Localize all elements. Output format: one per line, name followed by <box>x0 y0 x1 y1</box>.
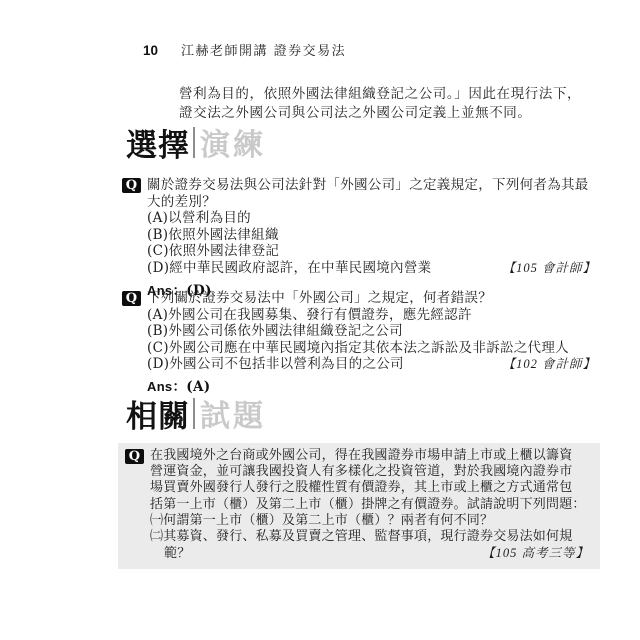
section-title-divider <box>193 398 195 429</box>
question-block-2: Q 下列關於證券交易法中「外國公司」之規定，何者錯誤？ (A)外國公司在我國募集… <box>122 290 596 396</box>
option-b: (B)依照外國法律組織 <box>147 227 596 244</box>
question-text-line: 關於證券交易法與公司法針對「外國公司」之定義規定，下列何者為其最 <box>147 177 589 194</box>
question-text-line: 括第一上市（櫃）及第二上市（櫃）掛牌之有價證券。試請說明下列問題： <box>150 497 589 513</box>
question-icon: Q <box>122 178 141 193</box>
exam-source-tag: 【105 高考三等】 <box>482 545 589 561</box>
option-a: (A)以營利為目的 <box>147 210 596 227</box>
exam-source-tag: 【102 會計師】 <box>503 356 596 373</box>
question-text-line: 營運資金，並可讓我國投資人有多樣化之投資管道，對於我國境內證券市 <box>150 464 589 480</box>
question-block-1: Q 關於證券交易法與公司法針對「外國公司」之定義規定，下列何者為其最 大的差別？… <box>122 177 596 299</box>
page-header: 10 江赫老師開講 證券交易法 <box>143 40 346 59</box>
option-d: (D)外國公司不包括非以營利為目的之公司 <box>147 356 404 373</box>
page-number: 10 <box>143 43 158 58</box>
section-title-choice-practice: 選擇 演練 <box>126 122 266 162</box>
intro-paragraph: 營利為目的，依照外國法律組織登記之公司。」因此在現行法下， 證交法之外國公司與公… <box>179 85 591 123</box>
option-d: (D)經中華民國政府認許，在中華民國境內營業 <box>147 260 431 277</box>
section-title-sub: 演練 <box>200 120 266 164</box>
exam-source-tag: 【105 會計師】 <box>503 260 596 277</box>
sub-question-2: ㈡其募資、發行、私募及買賣之管理、監督事項，現行證券交易法如何規 <box>150 529 589 545</box>
option-c: (C)外國公司應在中華民國境內指定其依本法之訴訟及非訴訟之代理人 <box>147 340 596 357</box>
section-title-sub: 試題 <box>200 391 266 435</box>
sub-question-1: ㈠何謂第一上市（櫃）及第二上市（櫃）？兩者有何不同？ <box>150 513 589 529</box>
intro-line: 營利為目的，依照外國法律組織登記之公司。」因此在現行法下， <box>179 85 591 104</box>
option-a: (A)外國公司在我國募集、發行有價證券，應先經認許 <box>147 307 596 324</box>
option-c: (C)依照外國法律登記 <box>147 243 596 260</box>
question-text-line: 在我國境外之台商或外國公司，得在我國證券市場申請上市或上櫃以籌資 <box>150 448 572 464</box>
question-last-row: 範？ 【105 高考三等】 <box>150 545 589 562</box>
question-text-line: 範？ <box>150 546 190 562</box>
question-text-line: 下列關於證券交易法中「外國公司」之規定，何者錯誤？ <box>147 290 492 307</box>
option-b: (B)外國公司係依外國法律組織登記之公司 <box>147 323 596 340</box>
question-icon: Q <box>122 291 141 306</box>
related-question-box: Q 在我國境外之台商或外國公司，得在我國證券市場申請上市或上櫃以籌資 營運資金，… <box>118 443 600 569</box>
question-text-line: 大的差別？ <box>147 194 596 211</box>
section-title-main: 選擇 <box>126 120 190 165</box>
book-title: 江赫老師開講 證券交易法 <box>181 40 346 59</box>
question-icon: Q <box>125 449 144 464</box>
question-text-line: 場買賣外國發行人發行之股權性質有價證券，其上市或上櫃之方式通常包 <box>150 480 589 496</box>
section-title-divider <box>193 127 195 158</box>
option-d-row: (D)經中華民國政府認許，在中華民國境內營業 【105 會計師】 <box>147 260 596 277</box>
option-d-row: (D)外國公司不包括非以營利為目的之公司 【102 會計師】 <box>147 356 596 373</box>
section-title-related-questions: 相關 試題 <box>126 393 266 433</box>
section-title-main: 相關 <box>126 391 190 436</box>
